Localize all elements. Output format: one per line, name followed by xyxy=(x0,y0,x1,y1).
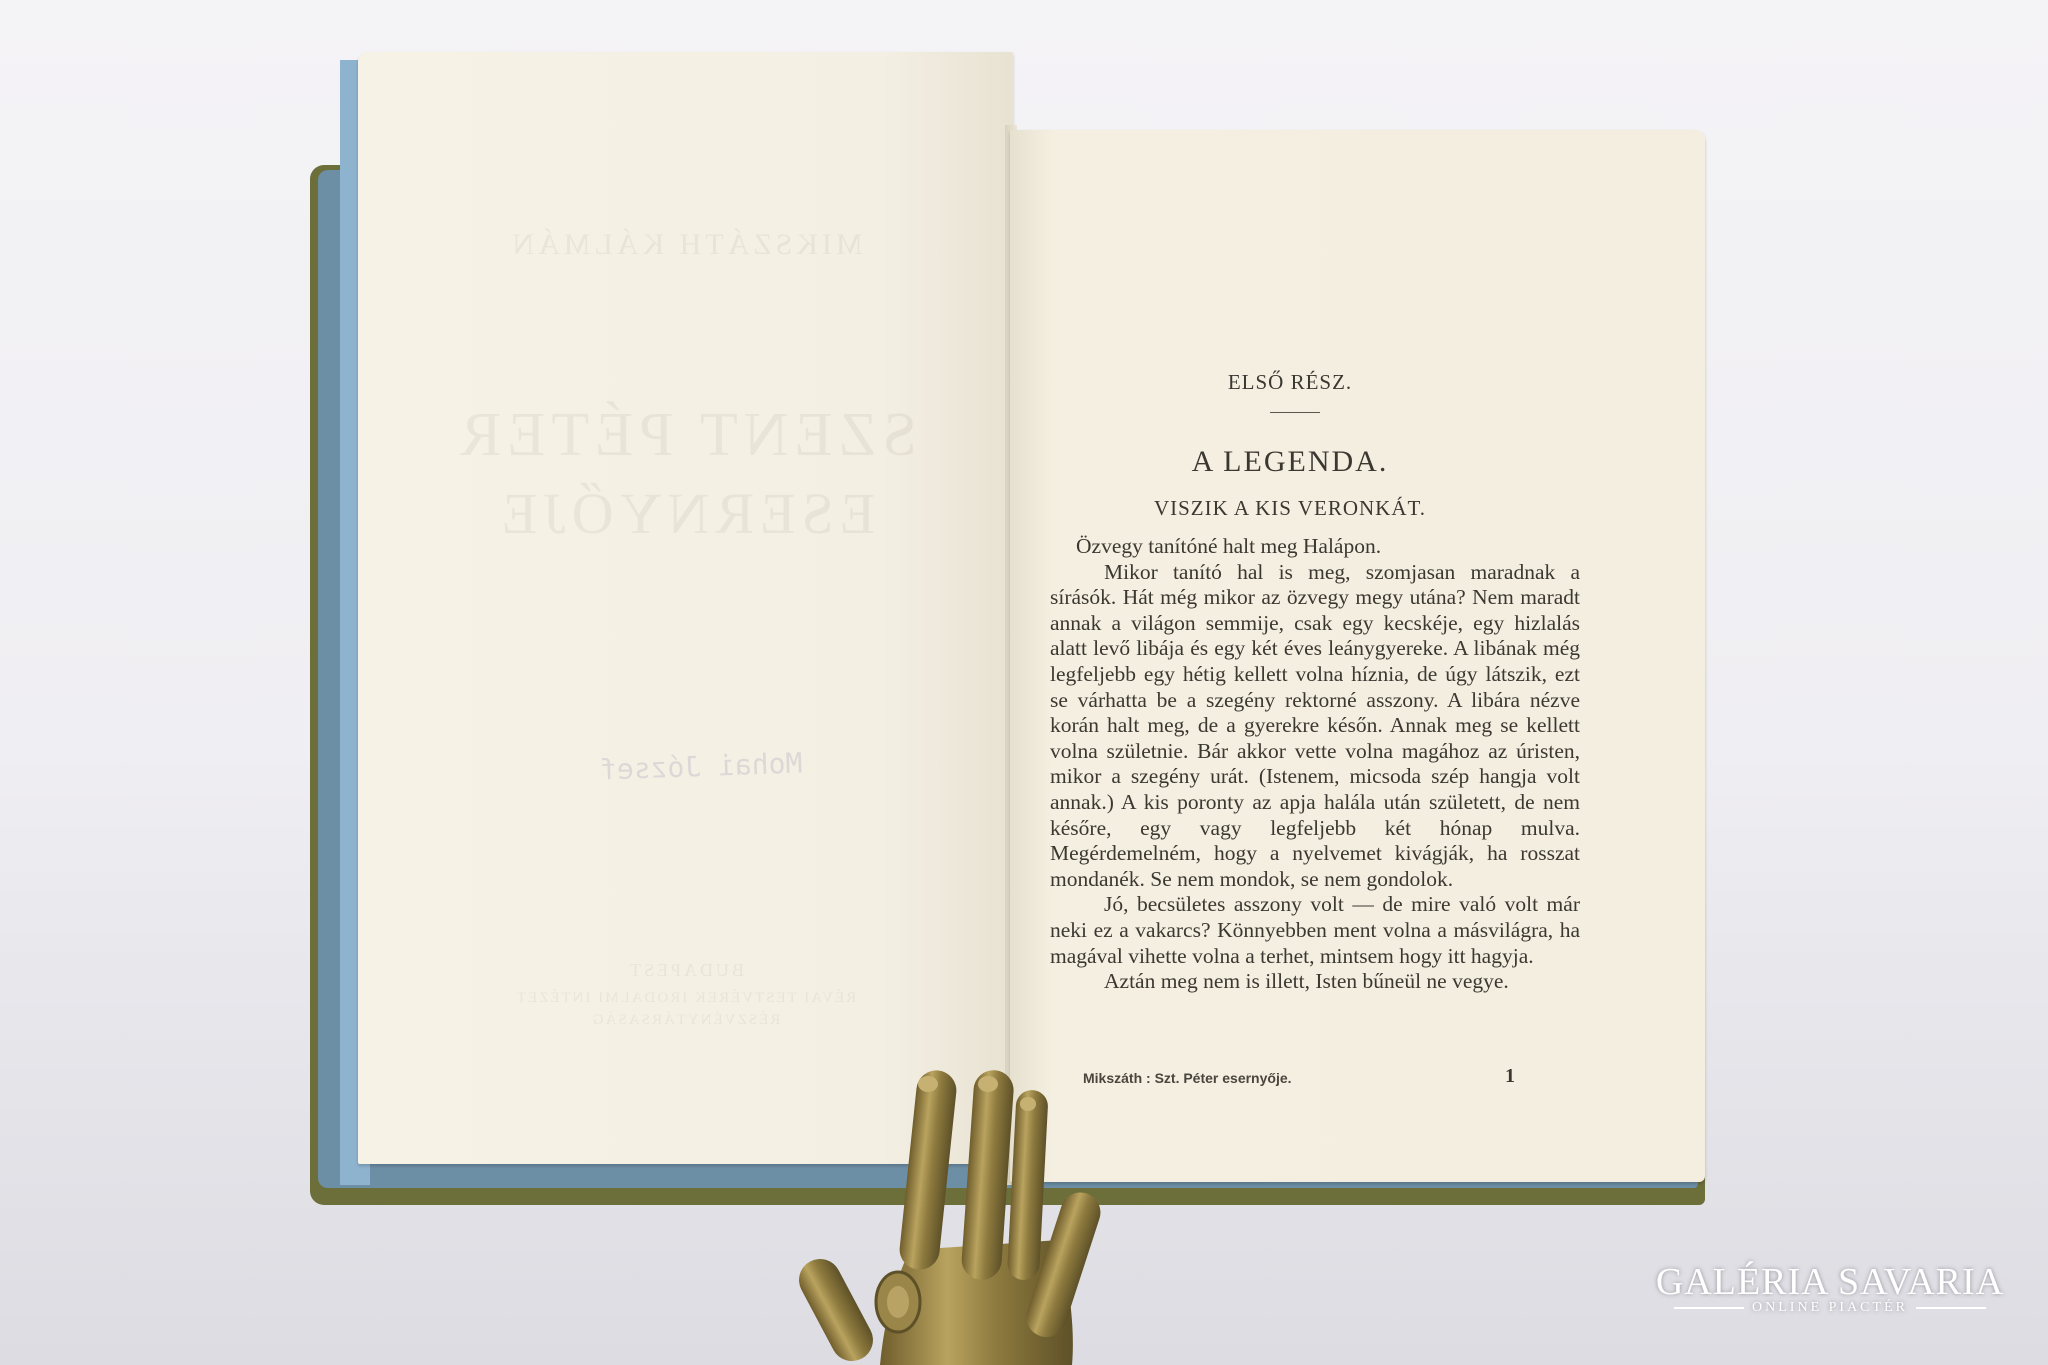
show-through-publisher-name: RÉVAI TESTVÉREK IRODALMI INTÉZET xyxy=(358,990,1013,1007)
show-through-title-line2: ESERNYŐJE xyxy=(358,480,1013,547)
chapter-title: A LEGENDA. xyxy=(1100,445,1480,479)
section-title: VISZIK A KIS VERONKÁT. xyxy=(1100,496,1480,521)
owner-signature: Mohai József xyxy=(599,746,802,786)
paragraph: Aztán meg nem is illett, Isten bűneül ne… xyxy=(1050,969,1580,995)
watermark-title: GALÉRIA SAVARIA xyxy=(1655,1260,2005,1304)
part-title: ELSŐ RÉSZ. xyxy=(1160,370,1420,395)
show-through-title-line1: SZENT PÉTER xyxy=(358,400,1013,471)
paragraph: Jó, becsületes asszony volt — de mire va… xyxy=(1050,892,1580,969)
watermark-rule-right xyxy=(1916,1307,1986,1309)
watermark-rule-left xyxy=(1674,1307,1744,1309)
brass-hand-icon xyxy=(790,1070,1150,1365)
watermark-logo: GALÉRIA SAVARIA ONLINE PIACTÉR xyxy=(1655,1260,2005,1316)
paragraph: Özvegy tanítóné halt meg Halápon. xyxy=(1050,534,1580,560)
body-text: Özvegy tanítóné halt meg Halápon. Mikor … xyxy=(1050,534,1580,995)
show-through-author: MIKSZÁTH KÁLMÁN xyxy=(358,228,1013,262)
watermark-subtitle: ONLINE PIACTÉR xyxy=(1752,1300,1908,1316)
paragraph: Mikor tanító hal is meg, szomjasan marad… xyxy=(1050,560,1580,893)
page-number: 1 xyxy=(1505,1065,1515,1088)
show-through-publisher-city: BUDAPEST xyxy=(358,960,1013,981)
title-divider xyxy=(1270,412,1320,413)
show-through-publisher-type: RÉSZVÉNYTÁRSASÁG xyxy=(358,1012,1013,1029)
